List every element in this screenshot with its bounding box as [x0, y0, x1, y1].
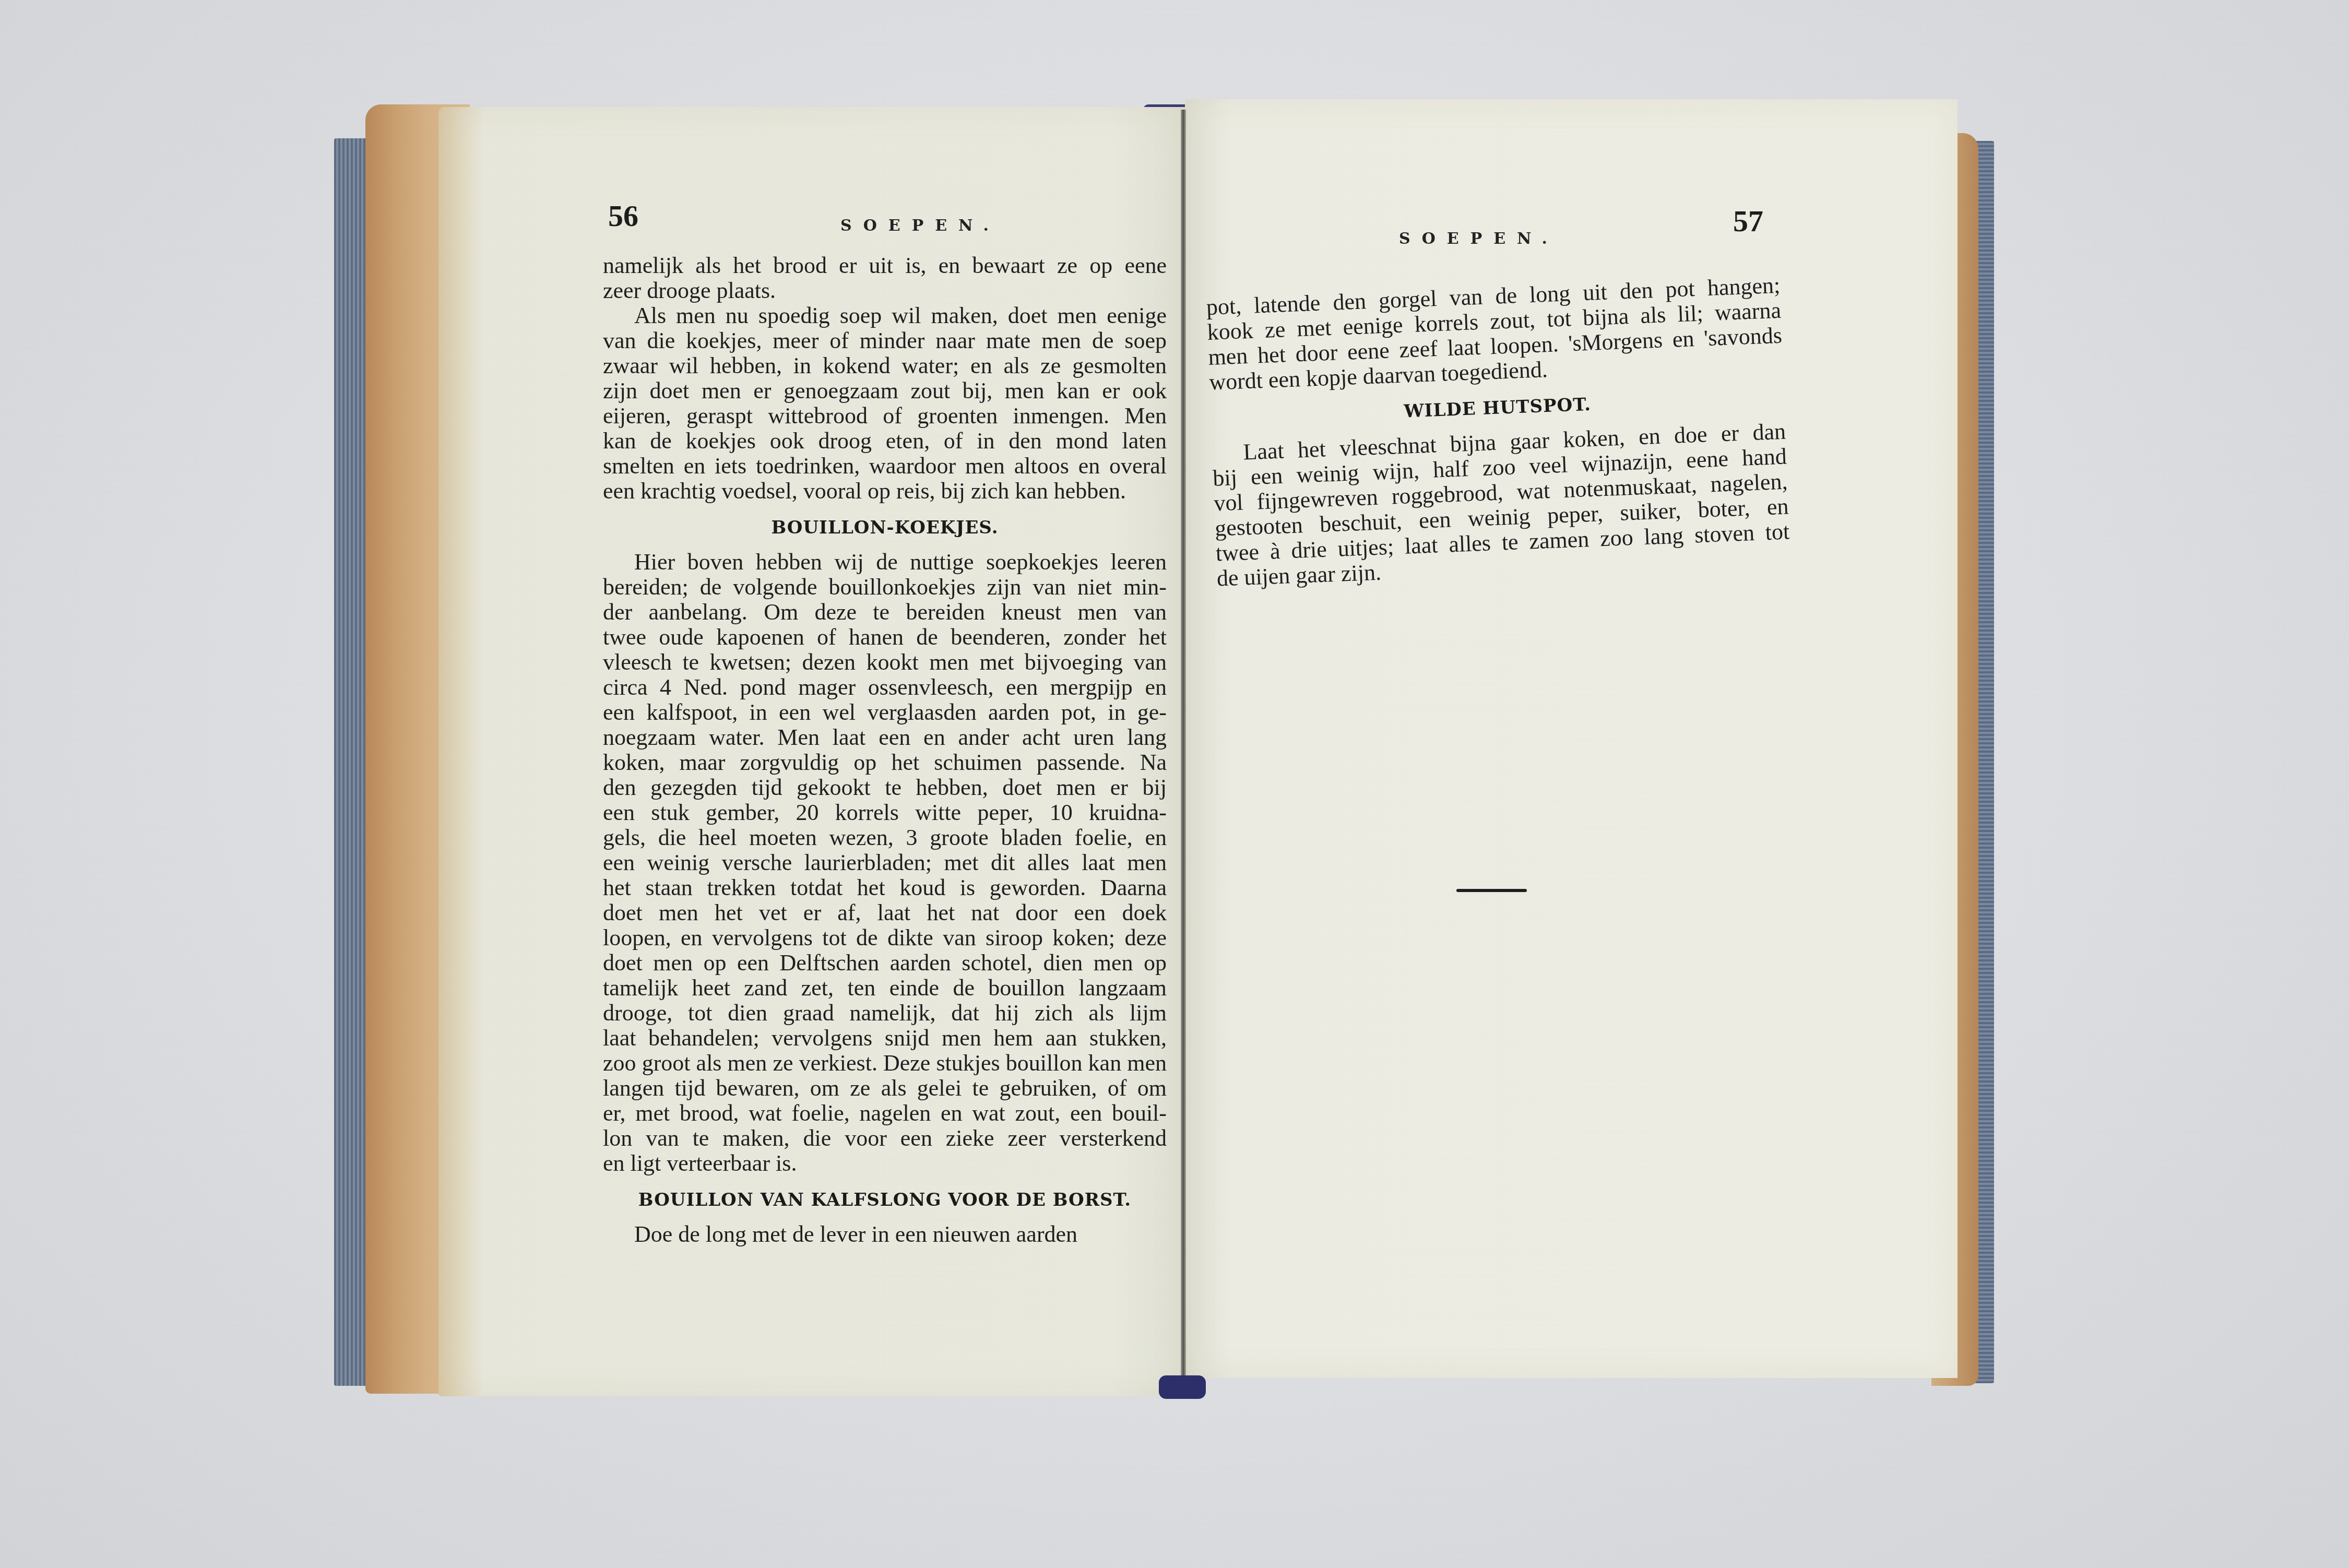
section-heading: BOUILLON VAN KALFSLONG VOOR DE BORST. [603, 1187, 1167, 1213]
open-book: 56 SOEPEN. namelijk als het brood er uit… [0, 0, 2349, 1568]
text-line: laat behandelen; vervolgens snijd men he… [603, 1026, 1167, 1051]
text-line: bereiden; de volgende bouillonkoekjes zi… [603, 575, 1167, 600]
text-line: loopen, en vervolgens tot de dikte van s… [603, 925, 1167, 951]
text-line: zeer drooge plaats. [603, 278, 1167, 303]
book-gutter [1181, 110, 1186, 1394]
page-number-right: 57 [1733, 204, 1763, 239]
text-line: zijn doet men er genoegzaam zout bij, me… [603, 378, 1167, 403]
paragraph: Doe de long met de lever in een nieuwen … [603, 1222, 1167, 1247]
text-line: smelten en iets toedrinken, waardoor men… [603, 454, 1167, 479]
text-line: namelijk als het brood er uit is, en bew… [603, 253, 1167, 278]
right-page: 57 SOEPEN. pot, latende den gorgel van d… [1185, 99, 1957, 1378]
left-page: 56 SOEPEN. namelijk als het brood er uit… [438, 107, 1185, 1396]
text-line: van die koekjes, meer of minder naar mat… [603, 328, 1167, 353]
text-line: kan de koekjes ook droog eten, of in den… [603, 429, 1167, 454]
end-of-section-rule [1456, 889, 1527, 892]
paragraph: pot, latende den gorgel van de long uit … [1206, 273, 1784, 395]
text-line: een krachtig voedsel, vooral op reis, bi… [603, 479, 1167, 504]
text-line: circa 4 Ned. pond mager ossenvleesch, ee… [603, 675, 1167, 700]
text-line: doet men op een Delftschen aarden schote… [603, 951, 1167, 976]
text-line: gels, die heel moeten wezen, 3 groote bl… [603, 825, 1167, 850]
text-line: lon van te maken, die voor een zieke zee… [603, 1126, 1167, 1151]
text-line: Als men nu spoedig soep wil maken, doet … [603, 303, 1167, 328]
text-line: eijeren, geraspt wittebrood of groenten … [603, 403, 1167, 429]
text-line: en ligt verteerbaar is. [603, 1151, 1167, 1176]
binding-thread-bottom [1159, 1375, 1206, 1399]
text-line: Hier boven hebben wij de nuttige soepkoe… [603, 550, 1167, 575]
running-head-right: SOEPEN. [1399, 230, 1559, 248]
paragraph: Laat het vleeschnat bijna gaar koken, en… [1212, 419, 1791, 591]
paragraph: Hier boven hebben wij de nuttige soepkoe… [603, 550, 1167, 1176]
text-line: zwaar wil hebben, in kokend water; en al… [603, 353, 1167, 378]
text-line: doet men het vet er af, laat het nat doo… [603, 900, 1167, 925]
text-line: er, met brood, wat foelie, nagelen en wa… [603, 1101, 1167, 1126]
text-line: een stuk gember, 20 korrels witte peper,… [603, 800, 1167, 825]
left-page-text: namelijk als het brood er uit is, en bew… [603, 253, 1167, 1247]
text-line: het staan trekken totdat het koud is gew… [603, 875, 1167, 900]
section-heading: BOUILLON-KOEKJES. [603, 515, 1167, 540]
text-line: langen tijd bewaren, om ze als gelei te … [603, 1076, 1167, 1101]
text-line: een weinig versche laurierbladen; met di… [603, 850, 1167, 875]
paragraph: Als men nu spoedig soep wil maken, doet … [603, 303, 1167, 504]
right-page-text: pot, latende den gorgel van de long uit … [1206, 273, 1791, 591]
text-line: noegzaam water. Men laat een en ander ac… [603, 725, 1167, 750]
text-line: drooge, tot dien graad namelijk, dat hij… [603, 1001, 1167, 1026]
text-line: den gezegden tijd gekookt te hebben, doe… [603, 775, 1167, 800]
paragraph: namelijk als het brood er uit is, en bew… [603, 253, 1167, 303]
text-line: koken, maar zorgvuldig op het schuimen p… [603, 750, 1167, 775]
text-line: een kalfspoot, in een wel verglaasden aa… [603, 700, 1167, 725]
text-line: vleesch te kwetsen; dezen kookt men met … [603, 650, 1167, 675]
text-line: zoo groot als men ze verkiest. Deze stuk… [603, 1051, 1167, 1076]
text-line: Doe de long met de lever in een nieuwen … [603, 1222, 1167, 1247]
text-line: tamelijk heet zand zet, ten einde de bou… [603, 976, 1167, 1001]
page-number-left: 56 [608, 198, 638, 233]
text-line: twee oude kapoenen of hanen de beenderen… [603, 625, 1167, 650]
running-head-left: SOEPEN. [840, 217, 1000, 235]
text-line: der aanbelang. Om deze te bereiden kneus… [603, 600, 1167, 625]
